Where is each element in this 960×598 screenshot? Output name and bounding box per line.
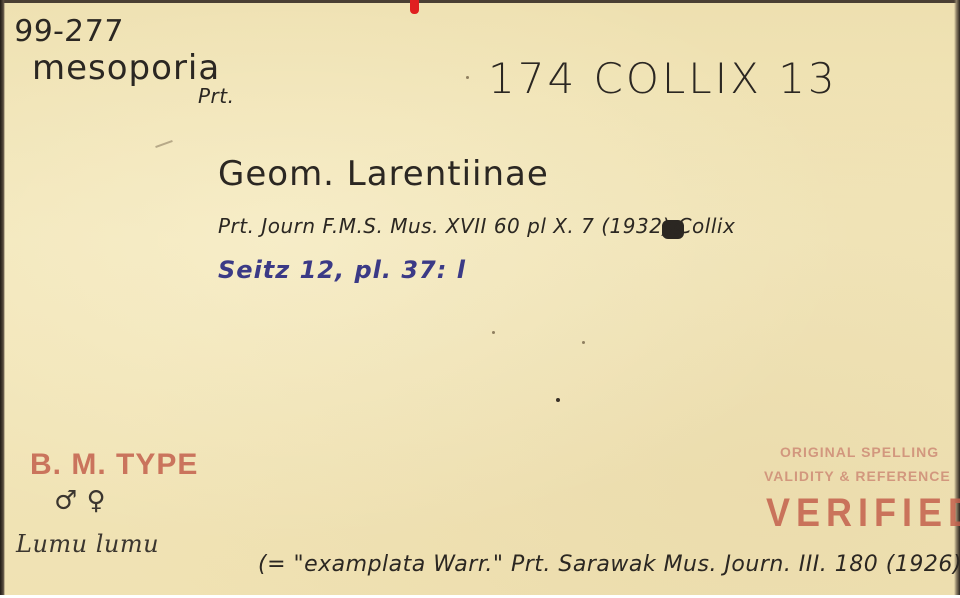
locality: Lumu lumu [16,530,159,558]
stamp-verified: VERIFIED. [766,490,960,536]
sex-symbols: ♂ ♀ [54,486,106,516]
reference-line: Prt. Journ F.M.S. Mus. XVII 60 pl X. 7 (… [218,214,735,238]
author-abbrev: Prt. [198,84,234,108]
paper-speck [466,76,469,79]
pencil-mark [155,140,173,148]
card-left-edge [0,0,5,598]
paper-speck [582,341,585,344]
species-name: mesoporia [32,48,220,88]
crossed-out-page: 59 [662,220,684,239]
red-tab-mark [410,0,419,14]
card-top-edge [0,0,960,3]
stamp-original-spelling: ORIGINAL SPELLING [780,444,939,460]
paper-speck [492,331,495,334]
ink-speck [556,398,560,402]
index-card: 99-277 mesoporia Prt. 174 COLLIX 13 Geom… [0,0,960,598]
family-line: Geom. Larentiinae [218,154,549,194]
synonym-note: (= "examplata Warr." Prt. Sarawak Mus. J… [258,552,960,577]
bm-type-stamp: B. M. TYPE [30,448,198,482]
register-number: 99-277 [13,14,125,49]
seitz-reference: Seitz 12, pl. 37: l [218,256,466,284]
stamp-validity-reference: VALIDITY & REFERENCE [764,468,951,484]
reference-text: Prt. Journ F.M.S. Mus. XVII 60 pl X. 7 (… [218,214,735,238]
genus-line: 174 COLLIX 13 [488,54,838,103]
